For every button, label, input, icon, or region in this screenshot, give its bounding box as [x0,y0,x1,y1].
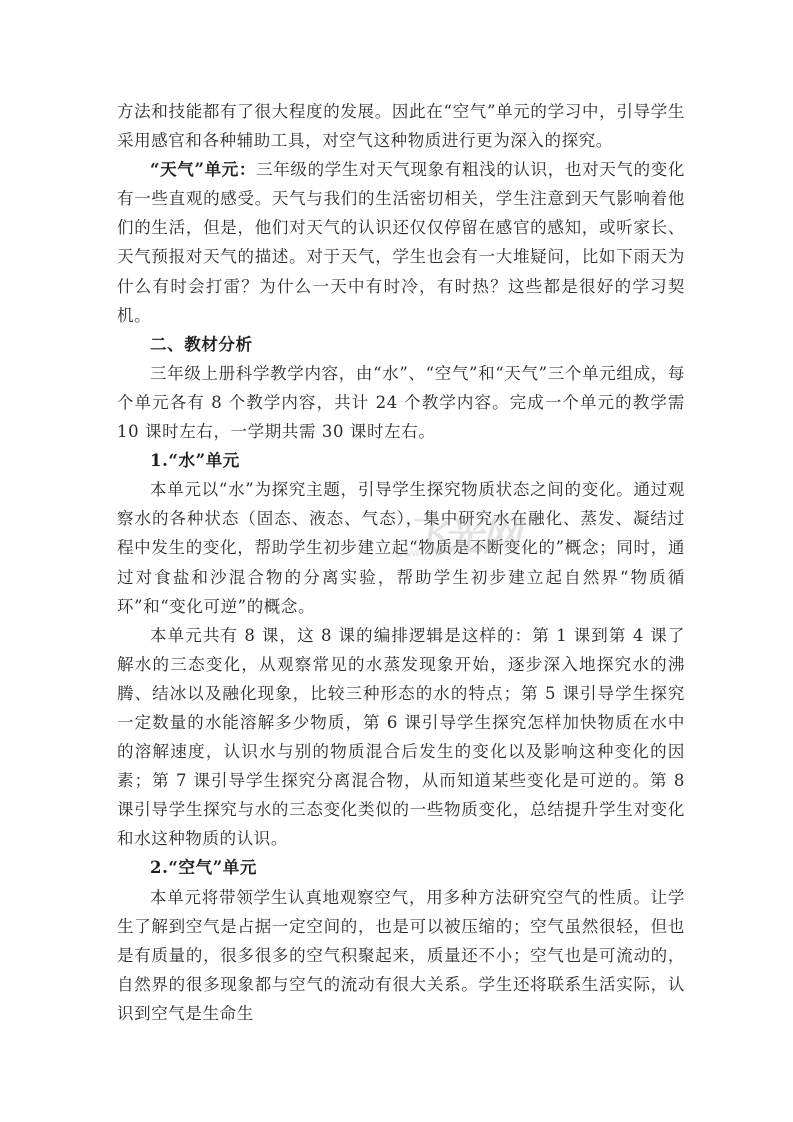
paragraph-overview: 三年级上册科学教学内容，由“水”、“空气”和“天气”三个单元组成，每个单元各有 … [117,359,685,446]
paragraph-lead-label: “天气”单元： [150,160,256,179]
paragraph-water-lessons: 本单元共有 8 课，这 8 课的编排逻辑是这样的：第 1 课到第 4 课了解水的… [117,621,685,854]
paragraph-water-intro: 本单元以“水”为探究主题，引导学生探究物质状态之间的变化。通过观察水的各种状态（… [117,475,685,620]
subheading-air-unit: 2.“空气”单元 [117,853,685,882]
subheading-water-unit: 1.“水”单元 [117,446,685,475]
paragraph-continuation: 方法和技能都有了很大程度的发展。因此在“空气”单元的学习中，引导学生采用感官和各… [117,97,685,155]
document-page: 方法和技能都有了很大程度的发展。因此在“空气”单元的学习中，引导学生采用感官和各… [0,0,793,1122]
section-heading-textbook-analysis: 二、教材分析 [117,330,685,359]
paragraph-air-intro: 本单元将带领学生认真地观察空气，用多种方法研究空气的性质。让学生了解到空气是占据… [117,883,685,1028]
paragraph-weather-unit: “天气”单元：三年级的学生对天气现象有粗浅的认识，也对天气的变化有一些直观的感受… [117,155,685,330]
paragraph-text: 三年级的学生对天气现象有粗浅的认识，也对天气的变化有一些直观的感受。天气与我们的… [117,160,685,324]
document-body: 方法和技能都有了很大程度的发展。因此在“空气”单元的学习中，引导学生采用感官和各… [117,97,685,1028]
